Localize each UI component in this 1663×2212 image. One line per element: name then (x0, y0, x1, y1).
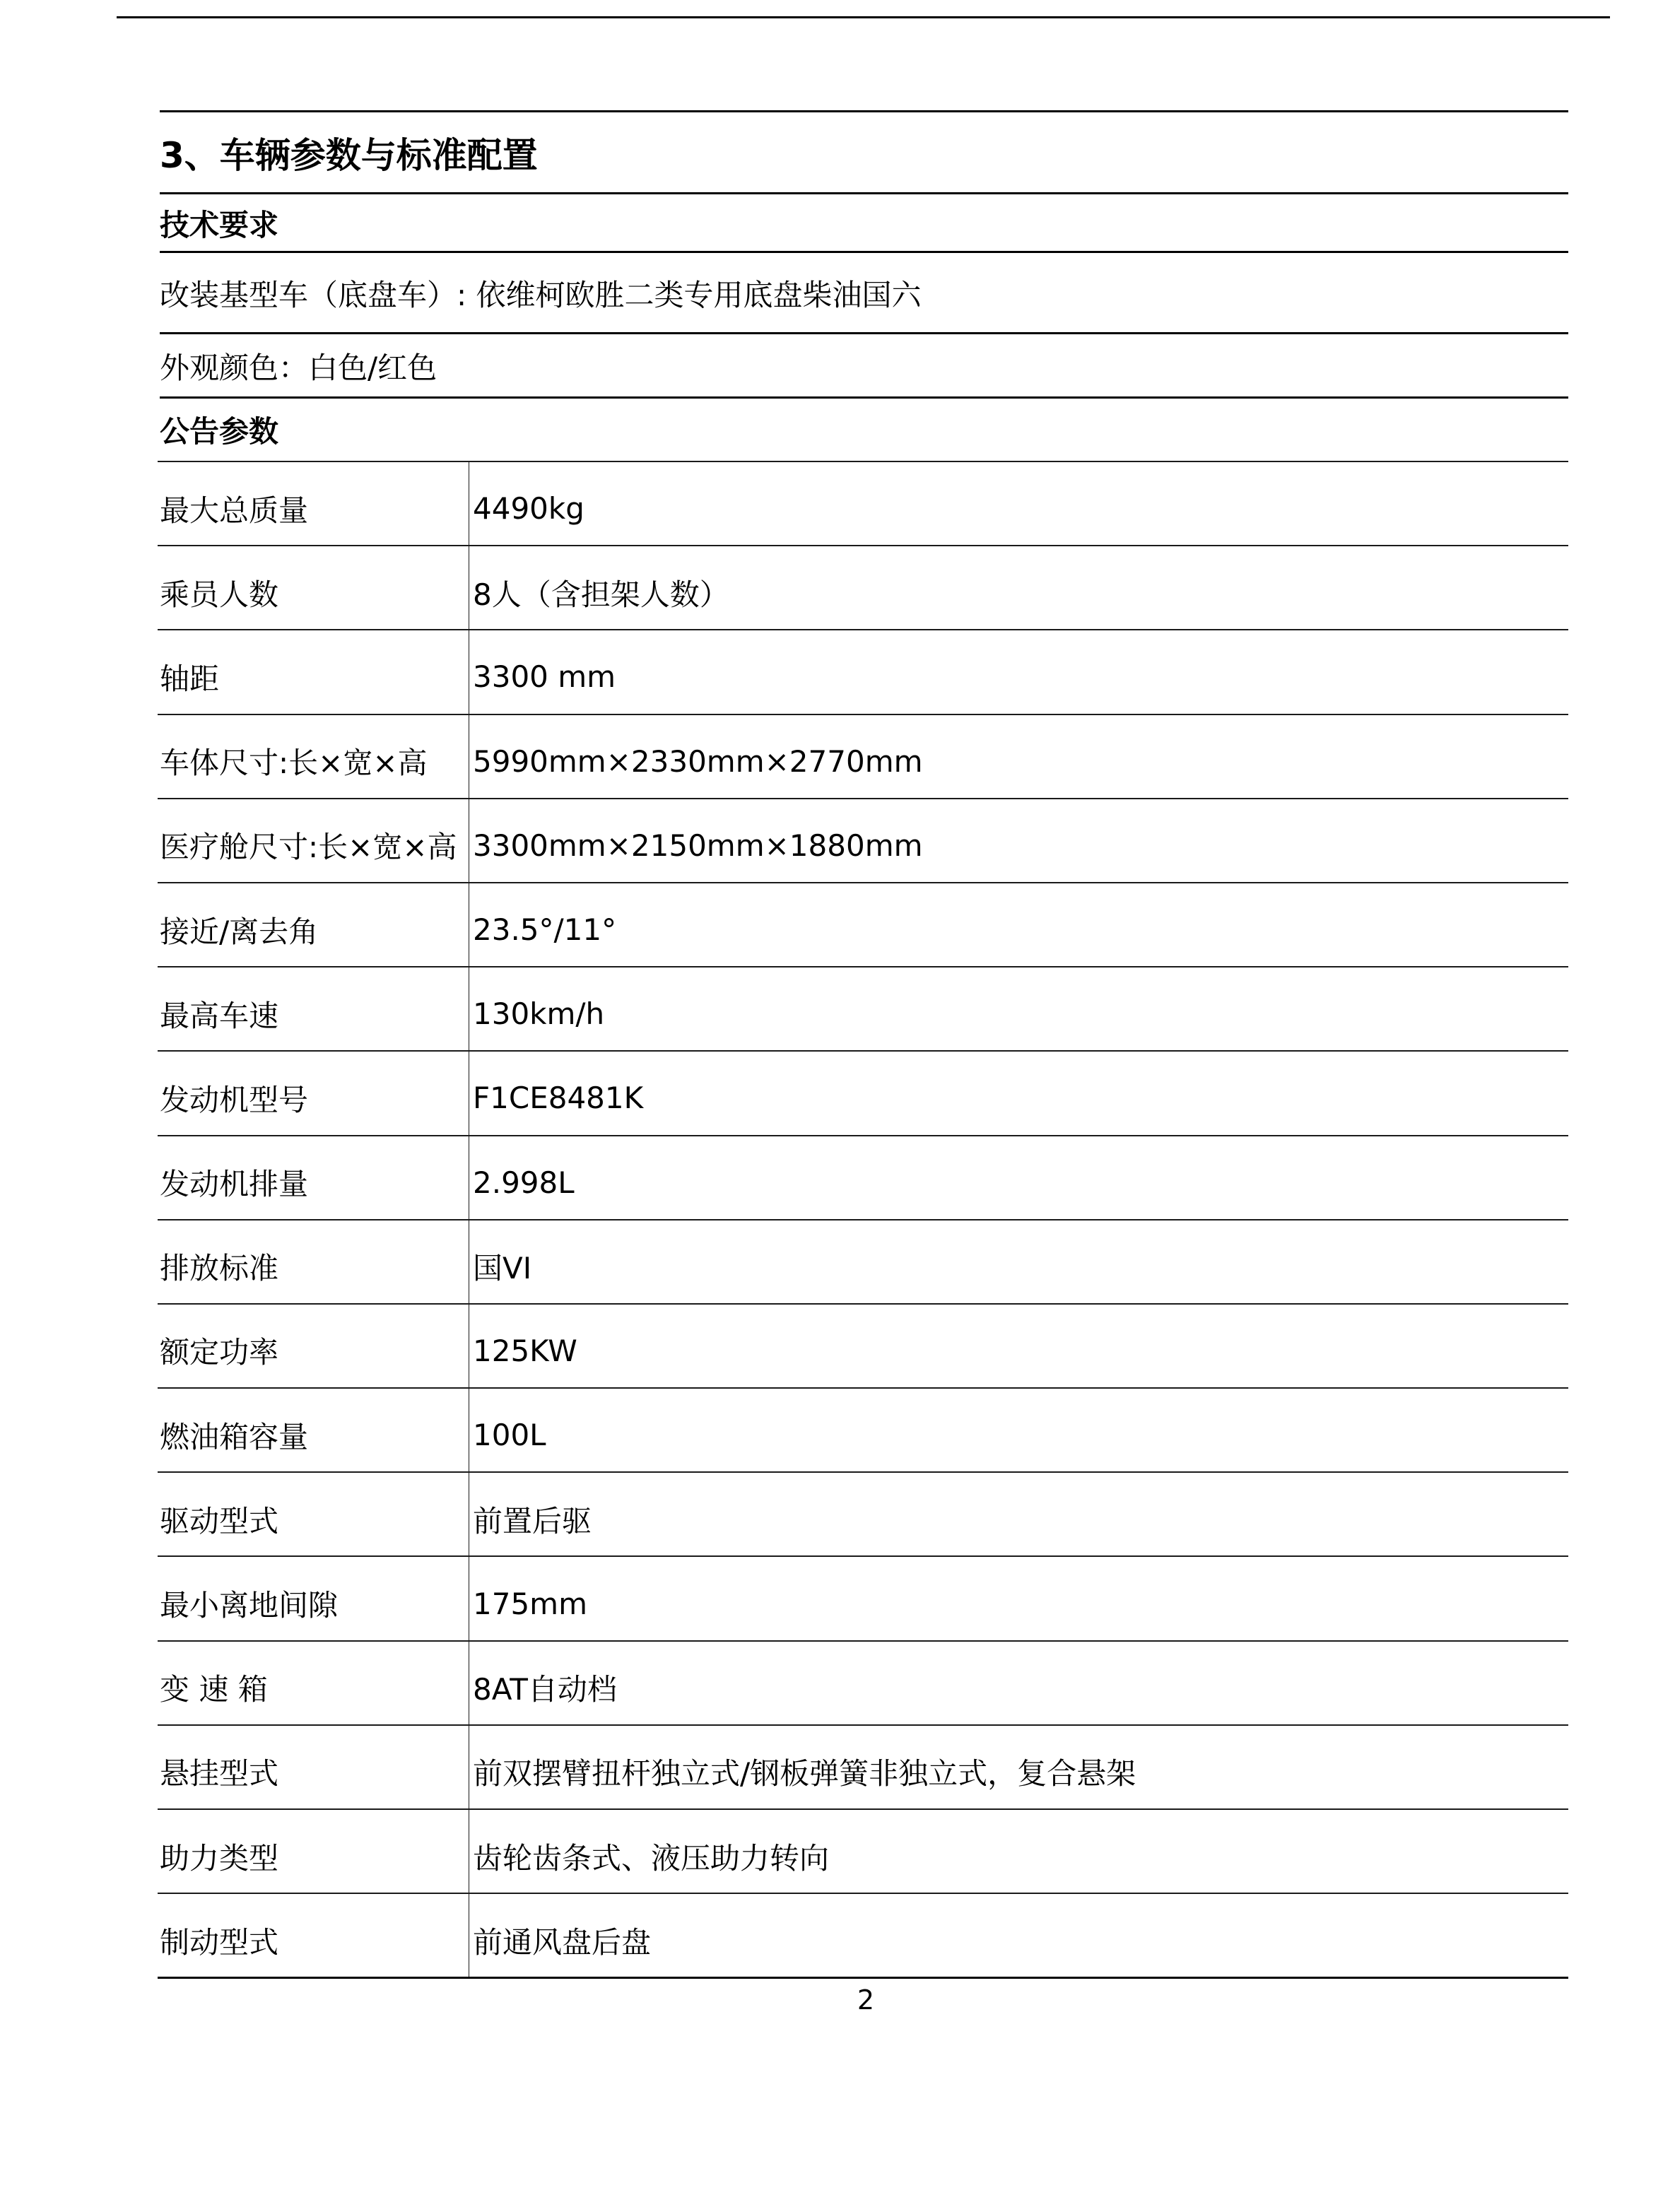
param-value: 4490kg (469, 461, 1569, 546)
base-vehicle-text: 改装基型车（底盘车）: 依维柯欧胜二类专用底盘柴油国六 (160, 253, 1568, 333)
param-label: 排放标准 (158, 1220, 469, 1304)
table-row: 排放标准国VI (158, 1220, 1568, 1304)
table-row: 变 速 箱8AT自动档 (158, 1641, 1568, 1725)
param-value: 国VI (469, 1220, 1569, 1304)
param-label: 最大总质量 (158, 461, 469, 546)
table-row: 额定功率125KW (158, 1304, 1568, 1388)
param-value: 3300mm×2150mm×1880mm (469, 799, 1569, 883)
param-label: 最小离地间隙 (158, 1556, 469, 1640)
table-row: 悬挂型式前双摆臂扭杆独立式/钢板弹簧非独立式，复合悬架 (158, 1725, 1568, 1809)
table-row: 接近/离去角23.5°/11° (158, 883, 1568, 967)
table-row: 医疗舱尺寸:长×宽×高3300mm×2150mm×1880mm (158, 799, 1568, 883)
param-value: 2.998L (469, 1136, 1569, 1220)
table-row: 发动机型号F1CE8481K (158, 1051, 1568, 1135)
param-label: 发动机排量 (158, 1136, 469, 1220)
param-value: F1CE8481K (469, 1051, 1569, 1135)
table-row: 车体尺寸:长×宽×高5990mm×2330mm×2770mm (158, 714, 1568, 799)
announcement-heading: 公告参数 (160, 399, 1568, 461)
table-row: 驱动型式前置后驱 (158, 1472, 1568, 1556)
param-label: 制动型式 (158, 1893, 469, 1977)
param-value: 8人（含担架人数） (469, 546, 1569, 630)
param-label: 燃油箱容量 (158, 1388, 469, 1472)
param-label: 轴距 (158, 630, 469, 714)
param-label: 发动机型号 (158, 1051, 469, 1135)
exterior-color-text: 外观颜色：白色/红色 (160, 334, 1568, 397)
param-label: 最高车速 (158, 967, 469, 1051)
tech-requirements-heading: 技术要求 (160, 194, 1568, 252)
table-row: 最高车速130km/h (158, 967, 1568, 1051)
param-label: 变 速 箱 (158, 1641, 469, 1725)
param-label: 悬挂型式 (158, 1725, 469, 1809)
param-label: 接近/离去角 (158, 883, 469, 967)
param-value: 前置后驱 (469, 1472, 1569, 1556)
param-value: 3300 mm (469, 630, 1569, 714)
table-row: 发动机排量2.998L (158, 1136, 1568, 1220)
param-value: 125KW (469, 1304, 1569, 1388)
param-value: 5990mm×2330mm×2770mm (469, 714, 1569, 799)
param-label: 医疗舱尺寸:长×宽×高 (158, 799, 469, 883)
page-number: 2 (848, 1984, 883, 2016)
table-row: 制动型式前通风盘后盘 (158, 1893, 1568, 1977)
table-row: 最小离地间隙175mm (158, 1556, 1568, 1640)
param-value: 前双摆臂扭杆独立式/钢板弹簧非独立式，复合悬架 (469, 1725, 1569, 1809)
header-rule (117, 16, 1610, 18)
table-row: 乘员人数8人（含担架人数） (158, 546, 1568, 630)
table-row: 轴距3300 mm (158, 630, 1568, 714)
param-value: 175mm (469, 1556, 1569, 1640)
param-label: 驱动型式 (158, 1472, 469, 1556)
param-value: 8AT自动档 (469, 1641, 1569, 1725)
param-value: 130km/h (469, 967, 1569, 1051)
param-value: 100L (469, 1388, 1569, 1472)
spec-table: 最大总质量4490kg乘员人数8人（含担架人数）轴距3300 mm车体尺寸:长×… (158, 461, 1568, 1979)
table-row: 最大总质量4490kg (158, 461, 1568, 546)
section-title: 3、车辆参数与标准配置 (160, 112, 1568, 193)
param-label: 额定功率 (158, 1304, 469, 1388)
param-label: 助力类型 (158, 1809, 469, 1893)
param-value: 前通风盘后盘 (469, 1893, 1569, 1977)
table-row: 燃油箱容量100L (158, 1388, 1568, 1472)
table-row: 助力类型齿轮齿条式、液压助力转向 (158, 1809, 1568, 1893)
param-label: 乘员人数 (158, 546, 469, 630)
param-value: 齿轮齿条式、液压助力转向 (469, 1809, 1569, 1893)
param-label: 车体尺寸:长×宽×高 (158, 714, 469, 799)
param-value: 23.5°/11° (469, 883, 1569, 967)
